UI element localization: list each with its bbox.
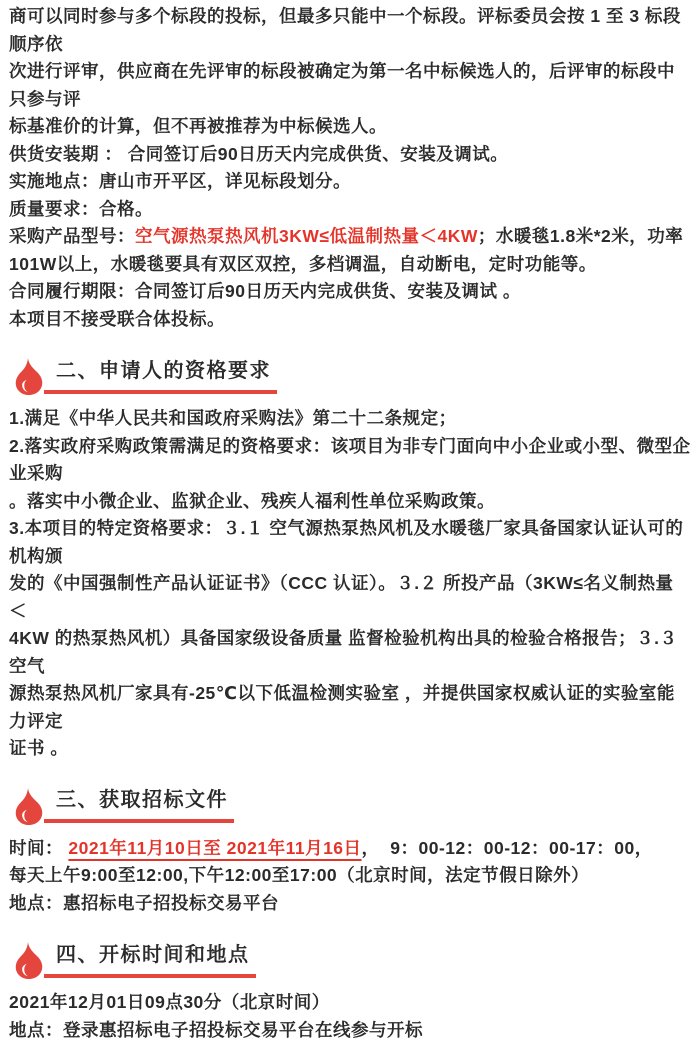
text-line: 采购产品型号：空气源热泵热风机3KW≤低温制热量＜4KW；水暖毯1.8米*2米，… [9, 223, 691, 251]
text-line: 101W以上，水暖毯要具有双区双控，多档调温，自动断电，定时功能等。 [9, 251, 691, 279]
text-line: 质量要求：合格。 [9, 196, 691, 224]
text-segment: 采购产品型号： [9, 226, 135, 246]
document-date-range-link[interactable]: 2021年11月10日至 2021年11月16日 [68, 838, 361, 858]
text-line: 标基准价的计算，但不再被推荐为中标候选人。 [9, 113, 691, 141]
document-location-line: 地点：惠招标电子招投标交易平台 [9, 890, 691, 918]
flame-icon [14, 357, 44, 395]
flame-icon [14, 787, 44, 825]
text-segment: 证书 。 [9, 738, 68, 758]
text-line: 每天上午9:00至12:00,下午12:00至17:00（北京时间，法定节假日除… [9, 862, 691, 890]
text-segment: 时间： [9, 838, 68, 858]
text-line: 商可以同时参与多个标段的投标，但最多只能中一个标段。评标委员会按 1 至 3 标… [9, 3, 691, 58]
opening-time-line: 2021年12月01日09点30分（北京时间） [9, 989, 691, 1017]
text-line: 合同履行期限：合同签订后90日历天内完成供货、安装及调试 。 [9, 278, 691, 306]
text-line: 地点：登录惠招标电子招投标交易平台在线参与开标 [9, 1017, 691, 1045]
text-segment: 2.落实政府采购政策需满足的资格要求：该项目为非专门面向中小企业或小型、微型企业… [9, 436, 691, 484]
intro-paragraph: 商可以同时参与多个标段的投标，但最多只能中一个标段。评标委员会按 1 至 3 标… [9, 3, 691, 141]
qualification-item-1: 1.满足《中华人民共和国政府采购法》第二十二条规定； [9, 405, 691, 433]
section-3-heading: 三、获取招标文件 [9, 787, 691, 825]
text-segment: 101W以上，水暖毯要具有双区双控，多档调温，自动断电，定时功能等。 [9, 254, 597, 274]
product-model-line: 采购产品型号：空气源热泵热风机3KW≤低温制热量＜4KW；水暖毯1.8米*2米，… [9, 223, 691, 278]
text-segment: 标基准价的计算，但不再被推荐为中标候选人。 [9, 116, 387, 136]
text-segment: 次进行评审，供应商在先评审的标段被确定为第一名中标候选人的，后评审的标段中只参与… [9, 61, 675, 109]
section-title: 四、开标时间和地点 [44, 943, 256, 978]
text-line: 2.落实政府采购政策需满足的资格要求：该项目为非专门面向中小企业或小型、微型企业… [9, 433, 691, 488]
contract-term-line: 合同履行期限：合同签订后90日历天内完成供货、安装及调试 。 [9, 278, 691, 306]
text-segment: 供货安装期 ： 合同签订后90日历天内完成供货、安装及调试。 [9, 144, 508, 164]
text-segment: 1.满足《中华人民共和国政府采购法》第二十二条规定； [9, 408, 457, 428]
text-line: 次进行评审，供应商在先评审的标段被确定为第一名中标候选人的，后评审的标段中只参与… [9, 58, 691, 113]
text-segment: 发的《中国强制性产品认证证书》（CCC 认证）。３.２ 所投产品（3KW≤名义制… [9, 573, 674, 621]
qualification-item-2: 2.落实政府采购政策需满足的资格要求：该项目为非专门面向中小企业或小型、微型企业… [9, 433, 691, 516]
quality-requirement-line: 质量要求：合格。 [9, 196, 691, 224]
section-4-heading: 四、开标时间和地点 [9, 941, 691, 979]
qualification-item-3: 3.本项目的特定资格要求：３.１ 空气源热泵热风机及水暖毯厂家具备国家认证认可的… [9, 515, 691, 763]
text-segment: ；水暖毯1.8米*2米，功率 [478, 226, 683, 246]
text-line: 4KW 的热泵热风机）具备国家级设备质量 监督检验机构出具的检验合格报告；３.３… [9, 625, 691, 680]
text-line: 1.满足《中华人民共和国政府采购法》第二十二条规定； [9, 405, 691, 433]
text-segment: 每天上午9:00至12:00,下午12:00至17:00（北京时间，法定节假日除… [9, 865, 589, 885]
section-title: 三、获取招标文件 [44, 788, 234, 823]
flame-icon [14, 941, 44, 979]
opening-location-line: 地点：登录惠招标电子招投标交易平台在线参与开标 [9, 1017, 691, 1045]
text-segment: 3.本项目的特定资格要求：３.１ 空气源热泵热风机及水暖毯厂家具备国家认证认可的… [9, 518, 683, 566]
text-segment: 地点：惠招标电子招投标交易平台 [9, 893, 279, 913]
delivery-period-line: 供货安装期 ： 合同签订后90日历天内完成供货、安装及调试。 [9, 141, 691, 169]
section-title: 二、申请人的资格要求 [44, 359, 277, 394]
text-line: 。落实中小微企业、监狱企业、残疾人福利性单位采购政策。 [9, 488, 691, 516]
text-segment: 源热泵热风机厂家具有-25℃以下低温检测实验室 ，并提供国家权威认证的实验室能力… [9, 683, 675, 731]
text-line: 本项目不接受联合体投标。 [9, 306, 691, 334]
text-segment: 实施地点：唐山市开平区，详见标段划分。 [9, 171, 351, 191]
product-spec-highlight: 空气源热泵热风机3KW≤低温制热量＜4KW [135, 226, 478, 246]
text-segment: 地点：登录惠招标电子招投标交易平台在线参与开标 [9, 1020, 423, 1040]
text-segment: 合同履行期限：合同签订后90日历天内完成供货、安装及调试 。 [9, 281, 521, 301]
text-line: 地点：惠招标电子招投标交易平台 [9, 890, 691, 918]
text-line: 证书 。 [9, 735, 691, 763]
text-line: 源热泵热风机厂家具有-25℃以下低温检测实验室 ，并提供国家权威认证的实验室能力… [9, 680, 691, 735]
text-line: 实施地点：唐山市开平区，详见标段划分。 [9, 168, 691, 196]
no-consortium-line: 本项目不接受联合体投标。 [9, 306, 691, 334]
text-line: 3.本项目的特定资格要求：３.１ 空气源热泵热风机及水暖毯厂家具备国家认证认可的… [9, 515, 691, 570]
document-time-line: 时间： 2021年11月10日至 2021年11月16日， 9：00-12：00… [9, 835, 691, 890]
text-segment: 质量要求：合格。 [9, 199, 153, 219]
text-line: 发的《中国强制性产品认证证书》（CCC 认证）。３.２ 所投产品（3KW≤名义制… [9, 570, 691, 625]
text-line: 2021年12月01日09点30分（北京时间） [9, 989, 691, 1017]
text-segment: 。落实中小微企业、监狱企业、残疾人福利性单位采购政策。 [9, 491, 495, 511]
text-line: 时间： 2021年11月10日至 2021年11月16日， 9：00-12：00… [9, 835, 691, 863]
text-segment: 2021年12月01日09点30分（北京时间） [9, 992, 330, 1012]
text-segment: 本项目不接受联合体投标。 [9, 309, 225, 329]
announcement-body: 商可以同时参与多个标段的投标，但最多只能中一个标段。评标委员会按 1 至 3 标… [0, 0, 699, 1056]
section-2-heading: 二、申请人的资格要求 [9, 357, 691, 395]
text-segment: 4KW 的热泵热风机）具备国家级设备质量 监督检验机构出具的检验合格报告；３.３… [9, 628, 683, 676]
text-segment: 商可以同时参与多个标段的投标，但最多只能中一个标段。评标委员会按 1 至 3 标… [9, 6, 681, 54]
implementation-location-line: 实施地点：唐山市开平区，详见标段划分。 [9, 168, 691, 196]
text-line: 供货安装期 ： 合同签订后90日历天内完成供货、安装及调试。 [9, 141, 691, 169]
text-segment: ， 9：00-12：00-12：00-17：00， [362, 838, 653, 858]
